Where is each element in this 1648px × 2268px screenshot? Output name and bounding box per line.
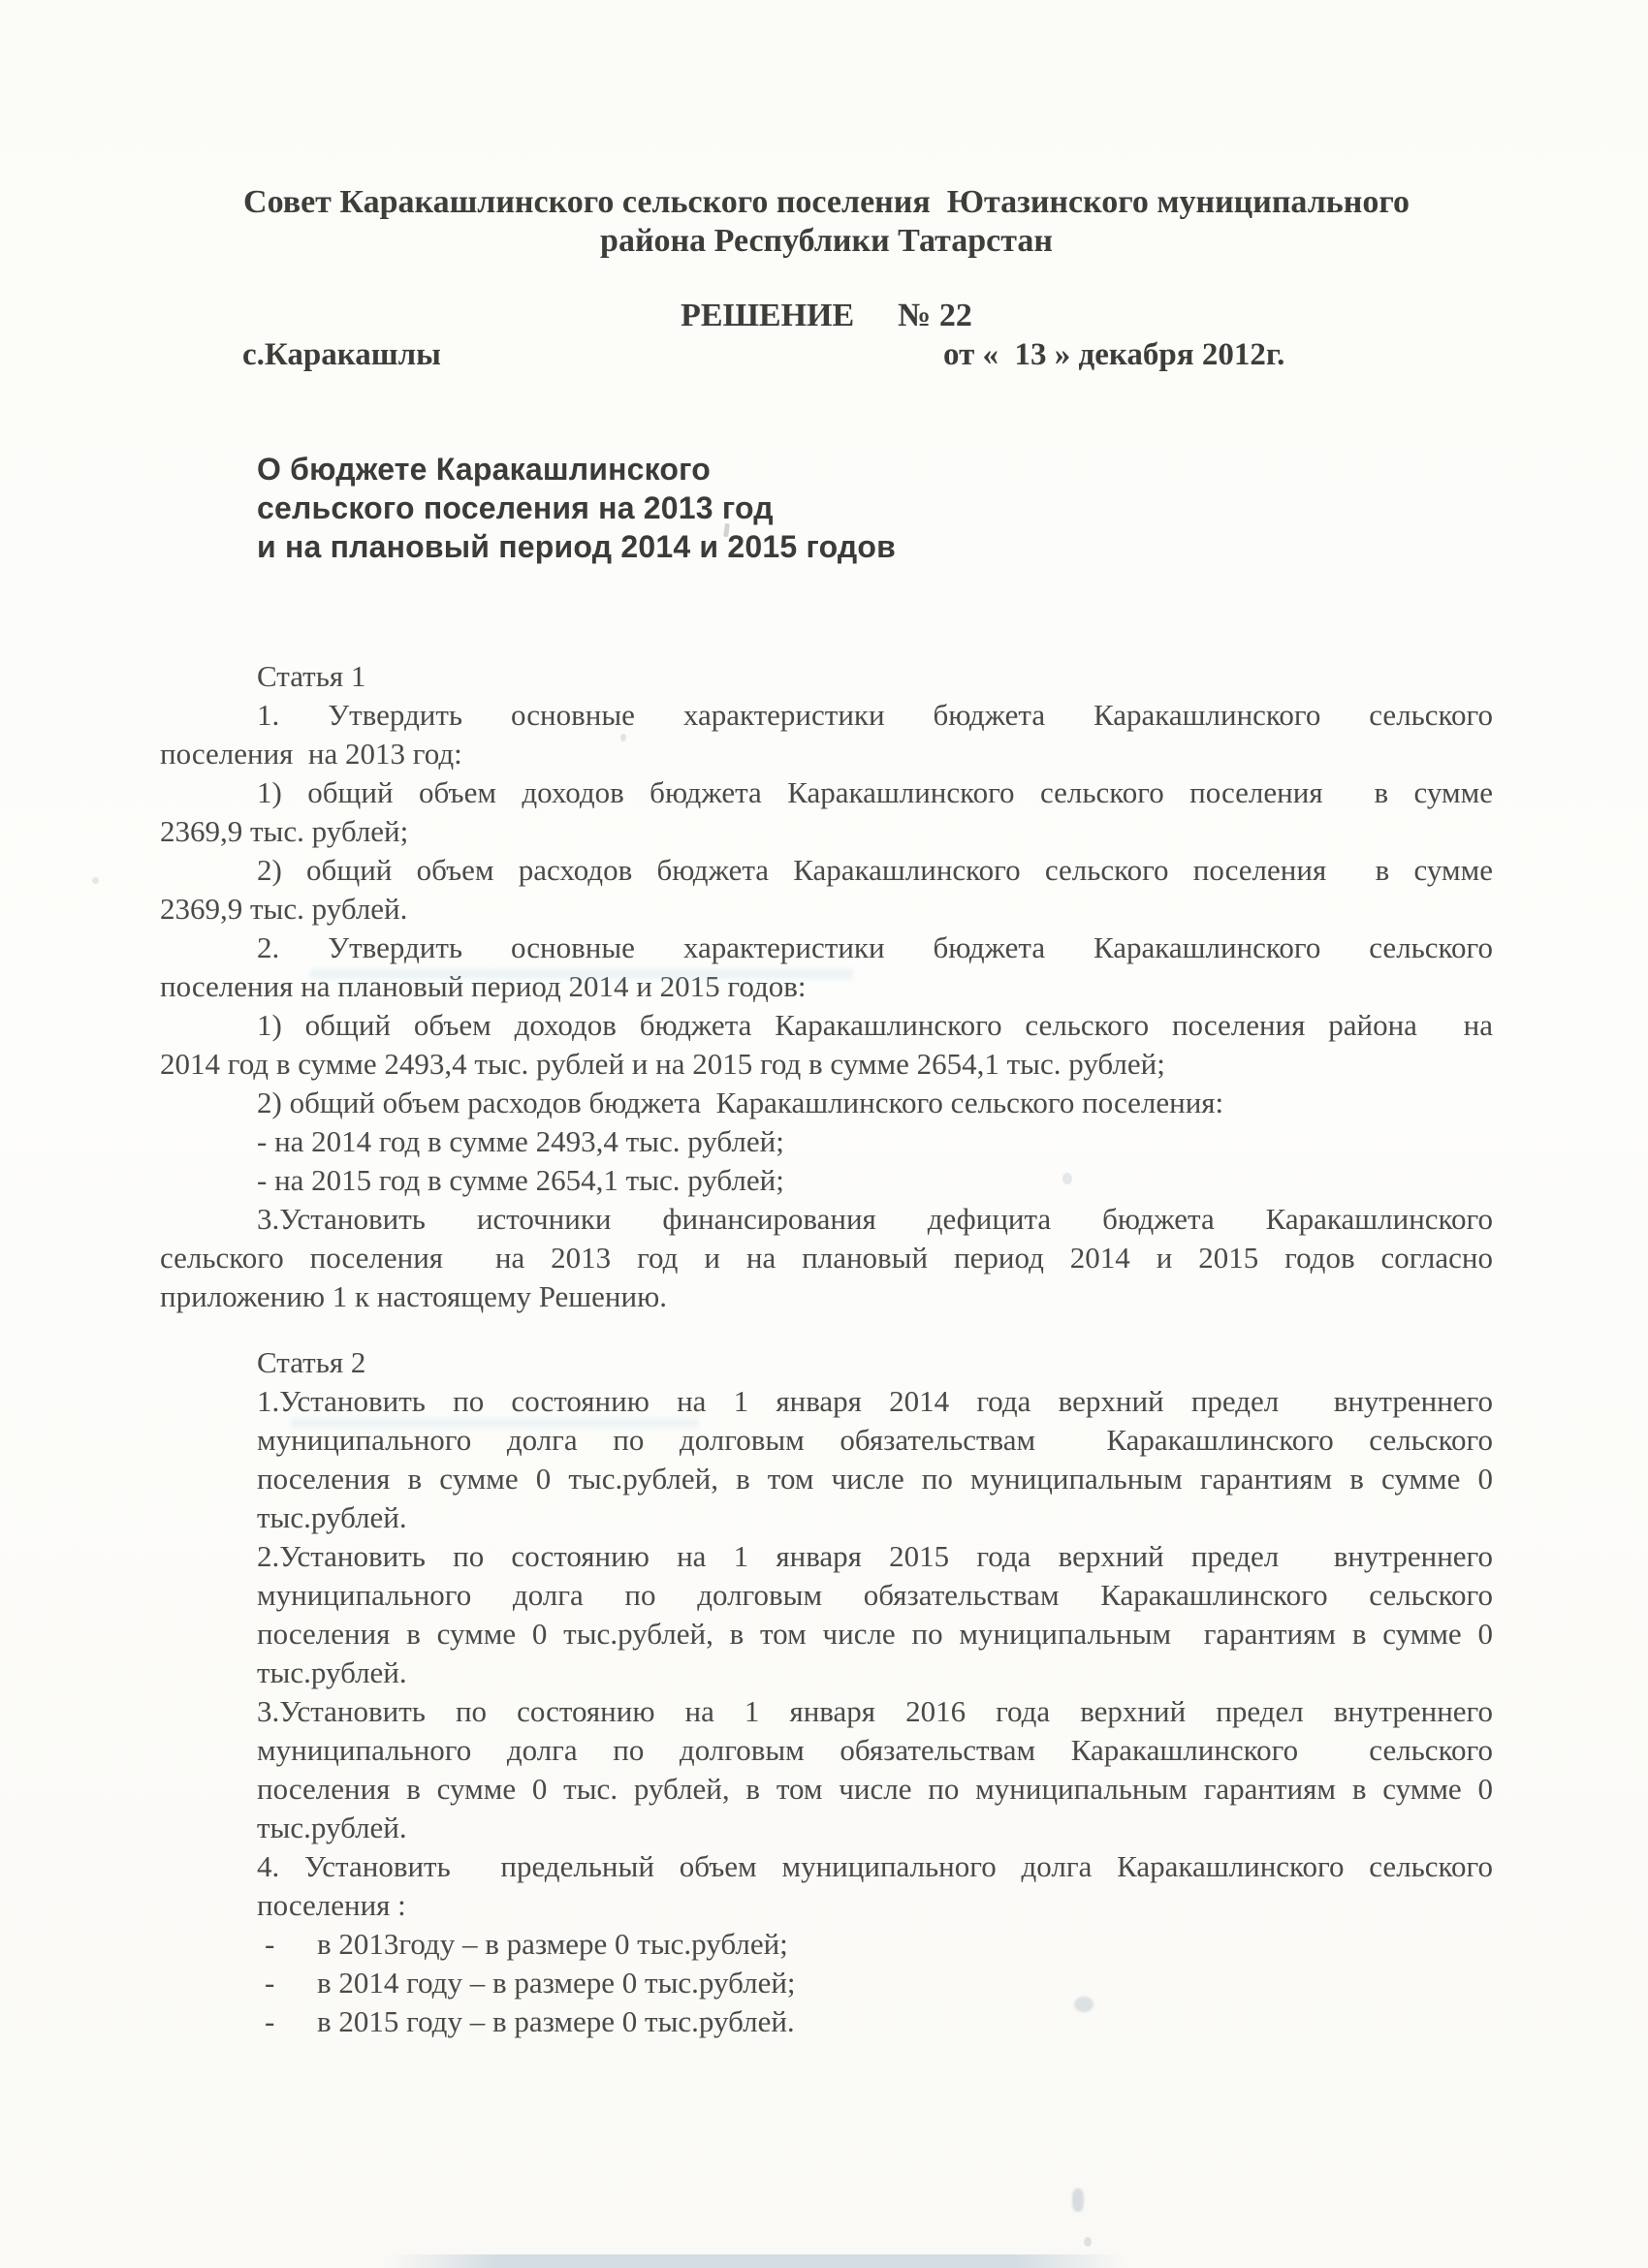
header-line-1: Совет Каракашлинского сельского поселени… [160,180,1493,219]
title-line: О бюджете Каракашлинского [257,450,1323,488]
decision-date: от « 13 » декабря 2012г. [943,333,1284,376]
scan-artifact [1074,1997,1093,2012]
header-line-2: района Республики Татарстан [160,219,1493,258]
decision-heading: РЕШЕНИЕ№ 22 [160,297,1493,335]
article-2-line: -в 2014 году – в размере 0 тыс.рублей; [257,1964,1493,2002]
article-1-line: поселения на 2013 год: [160,735,1493,773]
article-1-heading: Статья 1 [160,657,1493,696]
decision-number: № 22 [898,298,972,333]
article-1-line: 2014 год в сумме 2493,4 тыс. рублей и на… [160,1045,1493,1084]
article-1-line: 1) общий объем доходов бюджета Каракашли… [160,773,1493,812]
article-2-line: поселения : [257,1886,1493,1925]
decision-label: РЕШЕНИЕ [681,298,854,333]
article-2-line: тыс.рублей. [257,1654,1493,1692]
bullet-text: в 2014 году – в размере 0 тыс.рублей; [317,1966,796,2000]
scan-artifact [1072,2189,1084,2212]
article-2-heading: Статья 2 [257,1343,1493,1382]
bullet-dash: - [265,1964,317,2002]
article-2-line: тыс.рублей. [257,1498,1493,1537]
article-1-line: 2. Утвердить основные характеристики бюд… [160,929,1493,967]
title-line: и на плановый период 2014 и 2015 годов [257,527,1323,566]
bullet-text: в 2015 году – в размере 0 тыс.рублей. [317,2004,795,2038]
article-1-line: 2) общий объем расходов бюджета Каракашл… [160,1084,1493,1122]
article-2-line: -в 2015 году – в размере 0 тыс.рублей. [257,2002,1493,2041]
article-1-line: 2) общий объем расходов бюджета Каракашл… [160,851,1493,890]
article-1-line: 2369,9 тыс. рублей. [160,890,1493,929]
article-2-line: поселения в сумме 0 тыс.рублей, в том чи… [257,1460,1493,1498]
article-2-body: 1.Установить по состоянию на 1 января 20… [257,1382,1493,2041]
article-1: Статья 1 1. Утвердить основные характери… [160,657,1493,1316]
place-date-line: с.Каракашлы от « 13 » декабря 2012г. [160,333,1493,376]
scan-artifact-bottom-band [388,2254,1125,2268]
bullet-dash: - [265,1925,317,1964]
article-2-line: 3.Установить по состоянию на 1 января 20… [257,1692,1493,1731]
article-2-line: поселения в сумме 0 тыс.рублей, в том чи… [257,1615,1493,1654]
article-2: Статья 2 1.Установить по состоянию на 1 … [257,1343,1493,2041]
article-1-body: 1. Утвердить основные характеристики бюд… [160,696,1493,1316]
scan-artifact [1084,2237,1092,2247]
article-2-line: 4. Установить предельный объем муниципал… [257,1847,1493,1886]
article-1-line: приложению 1 к настоящему Решению. [160,1277,1493,1316]
article-2-line: муниципального долга по долговым обязате… [257,1731,1493,1770]
scan-artifact [1062,1173,1072,1184]
document-title: О бюджете Каракашлинскогосельского посел… [257,450,1323,566]
article-1-line: сельского поселения на 2013 год и на пла… [160,1239,1493,1277]
scan-artifact [92,877,99,884]
article-1-line: - на 2014 год в сумме 2493,4 тыс. рублей… [160,1122,1493,1161]
scan-artifact [291,1418,698,1428]
article-2-line: тыс.рублей. [257,1809,1493,1847]
bullet-dash: - [265,2002,317,2041]
title-line: сельского поселения на 2013 год [257,488,1323,527]
article-2-line: 1.Установить по состоянию на 1 января 20… [257,1382,1493,1421]
article-1-line: 1. Утвердить основные характеристики бюд… [160,696,1493,735]
article-2-line: муниципального долга по долговым обязате… [257,1576,1493,1615]
article-2-line: поселения в сумме 0 тыс. рублей, в том ч… [257,1770,1493,1809]
article-2-line: 2.Установить по состоянию на 1 января 20… [257,1537,1493,1576]
document-header: Совет Каракашлинского сельского поселени… [160,180,1493,258]
article-2-line: -в 2013году – в размере 0 тыс.рублей; [257,1925,1493,1964]
article-1-line: 1) общий объем доходов бюджета Каракашли… [160,1006,1493,1045]
article-1-line: - на 2015 год в сумме 2654,1 тыс. рублей… [160,1161,1493,1200]
article-1-line: 2369,9 тыс. рублей; [160,812,1493,851]
document-page: Совет Каракашлинского сельского поселени… [0,0,1648,2268]
bullet-text: в 2013году – в размере 0 тыс.рублей; [317,1927,788,1961]
settlement-name: с.Каракашлы [242,333,441,376]
article-1-line: 3.Установить источники финансирования де… [160,1200,1493,1239]
scan-artifact [620,734,626,741]
scan-artifact [310,969,853,979]
